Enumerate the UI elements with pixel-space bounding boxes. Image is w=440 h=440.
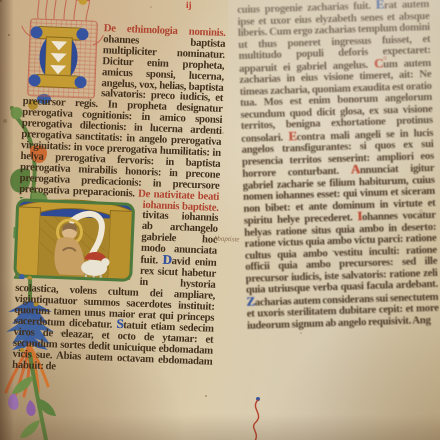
historiated-initial-N bbox=[12, 196, 137, 283]
illuminated-initial-I bbox=[21, 16, 98, 97]
focus-haze-overlay bbox=[228, 0, 440, 190]
left-text-column: De ethimologia nominis. ohannes baptista… bbox=[12, 20, 226, 379]
right-text-6: acharias autem considerans sui senectute… bbox=[247, 290, 439, 331]
left-column-text: De ethimologia nominis. ohannes baptista… bbox=[12, 20, 226, 379]
initial-N-artwork bbox=[12, 196, 137, 283]
bottom-vignette bbox=[0, 414, 440, 440]
manuscript-photo: De ethimologia nominis. ohannes baptista… bbox=[0, 0, 440, 440]
marginal-annotation: Abaptiste bbox=[213, 235, 240, 244]
page-gutter-shadow bbox=[0, 0, 14, 440]
quire-mark: ij bbox=[186, 0, 192, 10]
initial-I-artwork bbox=[21, 0, 99, 99]
